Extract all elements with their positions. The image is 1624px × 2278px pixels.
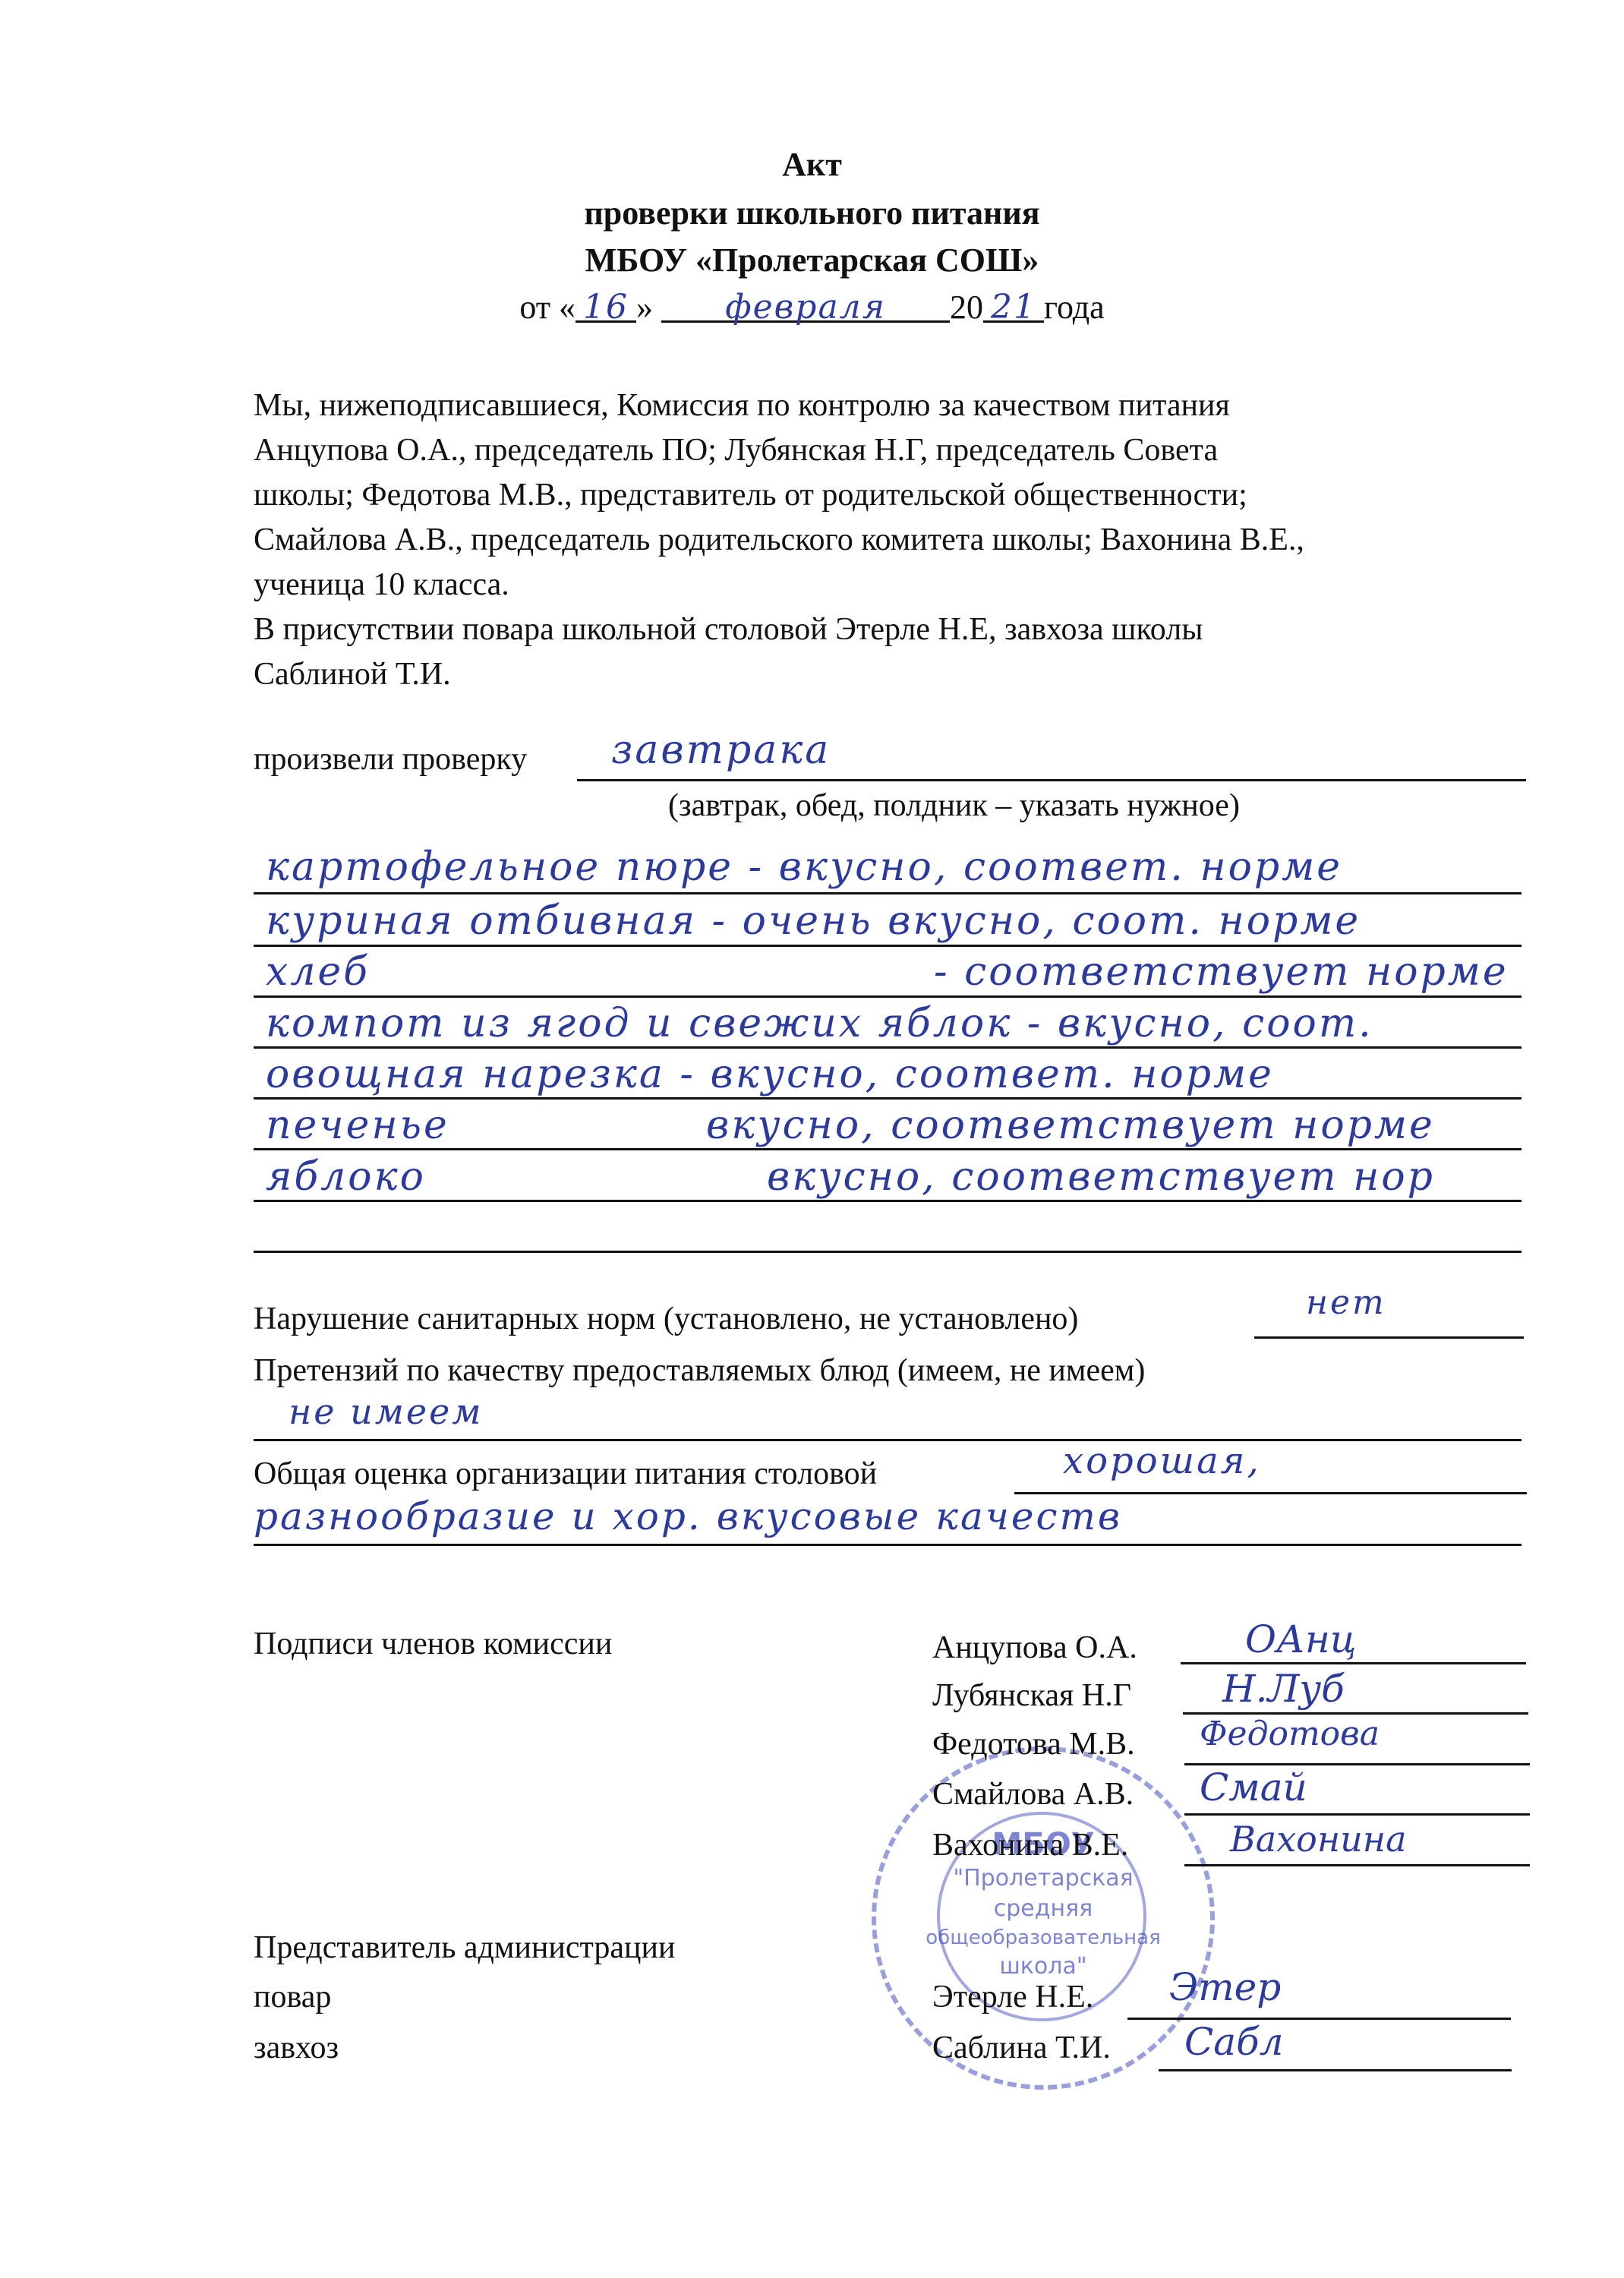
intro-line: Саблиной Т.И.: [254, 652, 1544, 697]
claims-label: Претензий по качеству предоставляемых бл…: [254, 1352, 1145, 1390]
member-signature: Н.Луб: [1222, 1667, 1345, 1711]
stamp-text: средняя: [876, 1895, 1210, 1923]
date-year-field: 21: [983, 287, 1044, 323]
menu-rule: [254, 1097, 1522, 1100]
violations-value: нет: [1306, 1283, 1386, 1322]
violations-label: Нарушение санитарных норм (установлено, …: [254, 1300, 1078, 1338]
menu-rule: [254, 945, 1522, 947]
date-month-field: февраля: [661, 287, 950, 323]
date-mid: »: [636, 289, 653, 326]
date-day: 16: [583, 288, 629, 327]
admin-name: Саблина Т.И.: [932, 2029, 1111, 2067]
stamp-text: "Пролетарская: [876, 1865, 1210, 1892]
menu-assessment: - вкусно, соответ. норме: [680, 1052, 1274, 1097]
menu-dish: печенье: [266, 1103, 706, 1148]
inspection-underline: [577, 779, 1526, 781]
member-signature: Федотова: [1200, 1715, 1380, 1753]
admin-role: завхоз: [254, 2029, 339, 2067]
menu-rule: [254, 995, 1522, 998]
admin-name: Этерле Н.Е.: [932, 1978, 1093, 2016]
menu-rule: [254, 892, 1522, 894]
menu-assessment: - соответствует норме: [934, 949, 1509, 995]
menu-dish: хлеб: [266, 949, 934, 995]
menu-rule: [254, 1046, 1522, 1049]
stamp-text: общеобразовательная: [876, 1924, 1210, 1951]
signature-line: [1184, 1864, 1530, 1866]
member-name: Смайлова А.В.: [932, 1775, 1134, 1813]
admin-role: повар: [254, 1978, 331, 2016]
intro-paragraph: Мы, нижеподписавшиеся, Комиссия по контр…: [254, 383, 1544, 697]
document-subtitle: проверки школьного питания: [0, 193, 1624, 234]
overall-value-line2: разнообразие и хор. вкусовые качеств: [254, 1494, 1122, 1538]
stamp-text: школа": [876, 1953, 1210, 1980]
intro-line: В присутствии повара школьной столовой Э…: [254, 607, 1544, 652]
menu-dish: овощная нарезка: [266, 1052, 665, 1097]
signature-line: [1184, 1813, 1530, 1816]
menu-item: куриная отбивная - очень вкусно, соот. н…: [266, 898, 1361, 944]
menu-rule: [254, 1148, 1522, 1150]
menu-assessment: вкусно, соответствует нор: [767, 1154, 1435, 1200]
admin-signature: Этер: [1169, 1965, 1281, 2009]
menu-dish: яблоко: [266, 1154, 767, 1200]
member-signature: Смай: [1200, 1765, 1307, 1809]
date-prefix: от «: [519, 289, 575, 326]
menu-assessment: вкусно, соответствует норме: [706, 1103, 1435, 1148]
menu-rule: [254, 1251, 1522, 1253]
menu-item: овощная нарезка - вкусно, соответ. норме: [266, 1052, 1274, 1097]
inspection-label: произвели проверку: [254, 740, 527, 778]
date-year-suffix: 21: [991, 288, 1036, 327]
menu-dish: картофельное пюре: [266, 844, 733, 890]
menu-item: печеньевкусно, соответствует норме: [266, 1103, 1435, 1148]
intro-line: ученица 10 класса.: [254, 563, 1544, 607]
intro-line: Мы, нижеподписавшиеся, Комиссия по контр…: [254, 383, 1544, 428]
intro-line: школы; Федотова М.В., представитель от р…: [254, 473, 1544, 518]
school-name: МБОУ «Пролетарская СОШ»: [0, 240, 1624, 281]
member-name: Лубянская Н.Г: [932, 1677, 1131, 1715]
member-signature: Вахонина: [1230, 1819, 1407, 1860]
menu-item: яблоковкусно, соответствует нор: [266, 1154, 1435, 1200]
administration-label: Представитель администрации: [254, 1929, 675, 1967]
date-day-field: 16: [575, 287, 636, 323]
document-title: Акт: [0, 144, 1624, 185]
menu-item: картофельное пюре - вкусно, соответ. нор…: [266, 844, 1342, 890]
menu-item: хлеб- соответствует норме: [266, 949, 1509, 995]
intro-line: Анцупова О.А., председатель ПО; Лубянска…: [254, 428, 1544, 473]
menu-dish: компот из ягод и свежих яблок: [266, 1001, 1012, 1046]
menu-item: компот из ягод и свежих яблок - вкусно, …: [266, 1001, 1373, 1046]
claims-underline: [254, 1439, 1522, 1441]
member-name: Вахонина В.Е.: [932, 1826, 1128, 1864]
violations-underline: [1254, 1336, 1524, 1339]
admin-signature: Сабл: [1184, 2020, 1283, 2064]
menu-assessment: - вкусно, соответ. норме: [749, 844, 1343, 890]
date-month: февраля: [725, 288, 886, 327]
overall-label: Общая оценка организации питания столово…: [254, 1455, 877, 1493]
member-name: Анцупова О.А.: [932, 1629, 1137, 1667]
inspection-hint: (завтрак, обед, полдник – указать нужное…: [668, 787, 1240, 825]
menu-dish: куриная отбивная: [266, 898, 697, 944]
intro-line: Смайлова А.В., председатель родительског…: [254, 518, 1544, 563]
signature-line: [1159, 2069, 1512, 2071]
document-date: от «16» февраля2021года: [0, 287, 1624, 328]
signatures-label: Подписи членов комиссии: [254, 1625, 612, 1663]
menu-rule: [254, 1200, 1522, 1202]
menu-assessment: - очень вкусно, соот. норме: [712, 898, 1361, 944]
claims-value: не имеем: [289, 1391, 484, 1432]
member-signature: ОАнц: [1245, 1617, 1357, 1661]
overall-value-line1: хорошая,: [1063, 1440, 1261, 1482]
inspection-value: завтрака: [611, 727, 831, 773]
date-year-prefix: 20: [950, 289, 983, 326]
date-suffix: года: [1044, 289, 1105, 326]
menu-assessment: - вкусно, соот.: [1027, 1001, 1373, 1046]
overall-underline-2: [254, 1544, 1522, 1546]
signature-line: [1181, 1662, 1526, 1664]
member-name: Федотова М.В.: [932, 1725, 1135, 1763]
